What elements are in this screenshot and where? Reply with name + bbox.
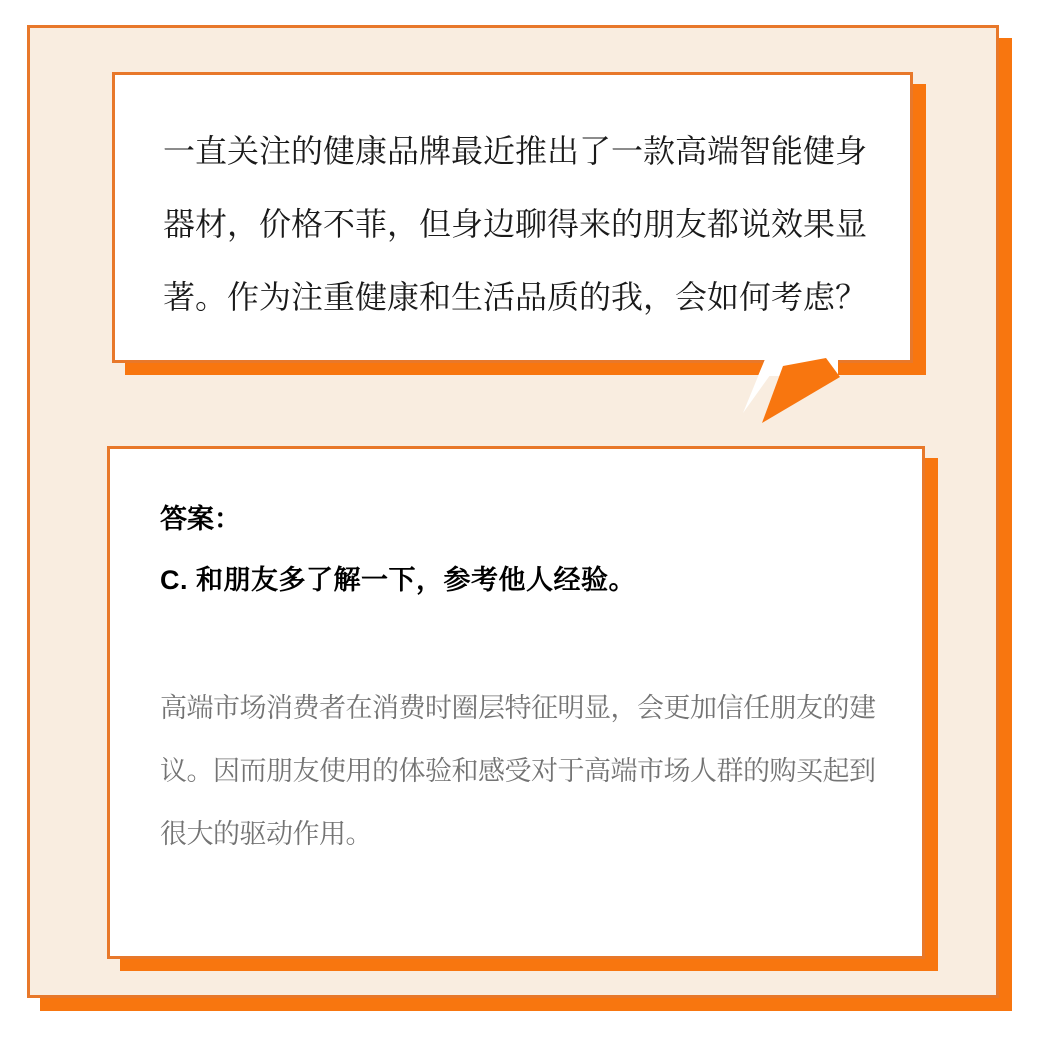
question-text: 一直关注的健康品牌最近推出了一款高端智能健身 器材，价格不菲，但身边聊得来的朋友… bbox=[115, 75, 910, 334]
explanation-line: 高端市场消费者在消费时圈层特征明显，会更加信任朋友的建 bbox=[160, 677, 876, 740]
qa-poster: 一直关注的健康品牌最近推出了一款高端智能健身 器材，价格不菲，但身边聊得来的朋友… bbox=[0, 0, 1040, 1040]
answer-card: 答案： C. 和朋友多了解一下，参考他人经验。 高端市场消费者在消费时圈层特征明… bbox=[107, 446, 925, 959]
question-line: 一直关注的健康品牌最近推出了一款高端智能健身 bbox=[163, 115, 882, 188]
speech-tail-icon bbox=[742, 357, 842, 427]
question-line: 著。作为注重健康和生活品质的我，会如何考虑？ bbox=[163, 261, 882, 334]
question-line: 器材，价格不菲，但身边聊得来的朋友都说效果显 bbox=[163, 188, 882, 261]
explanation-line: 议。因而朋友使用的体验和感受对于高端市场人群的购买起到 bbox=[160, 740, 876, 803]
answer-option-text: C. 和朋友多了解一下，参考他人经验。 bbox=[160, 562, 876, 598]
answer-explanation: 高端市场消费者在消费时圈层特征明显，会更加信任朋友的建 议。因而朋友使用的体验和… bbox=[160, 677, 876, 866]
question-bubble: 一直关注的健康品牌最近推出了一款高端智能健身 器材，价格不菲，但身边聊得来的朋友… bbox=[112, 72, 913, 363]
explanation-line: 很大的驱动作用。 bbox=[160, 803, 876, 866]
answer-label: 答案： bbox=[160, 501, 876, 537]
